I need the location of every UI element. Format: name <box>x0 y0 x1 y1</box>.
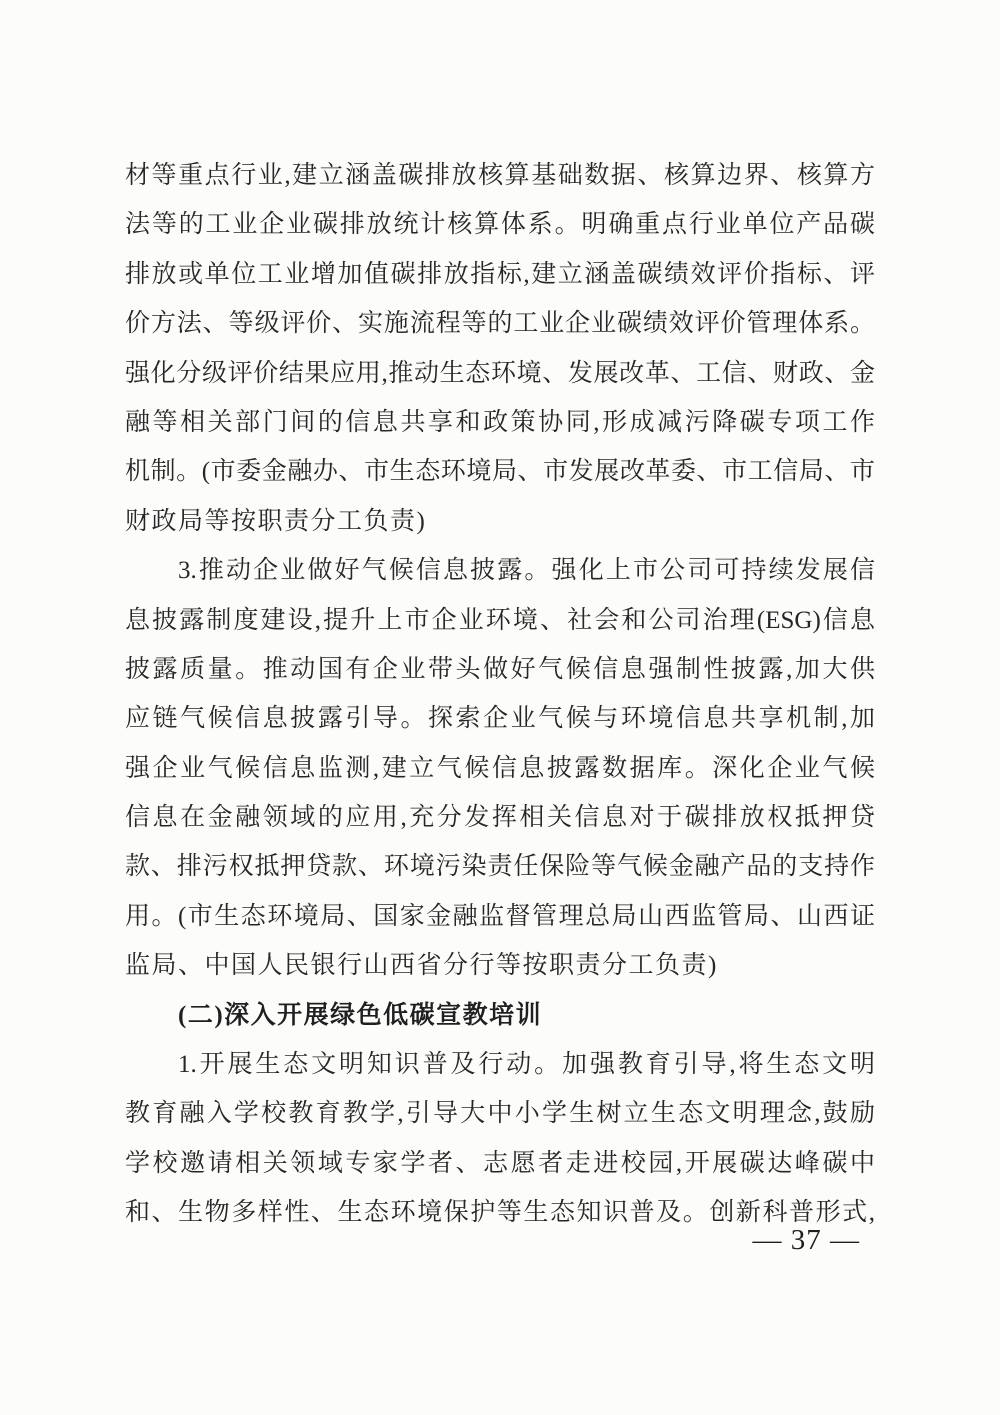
document-page: 材等重点行业,建立涵盖碳排放核算基础数据、核算边界、核算方 法等的工业企业碳排放… <box>0 0 1000 1415</box>
body-text-line: 用。(市生态环境局、国家金融监督管理总局山西监管局、山西证 <box>125 892 875 941</box>
section-heading: (二)深入开展绿色低碳宣教培训 <box>125 991 875 1040</box>
page-number: — 37 — <box>753 1224 861 1256</box>
body-text-line: 法等的工业企业碳排放统计核算体系。明确重点行业单位产品碳 <box>125 200 875 249</box>
body-text-line: 强化分级评价结果应用,推动生态环境、发展改革、工信、财政、金 <box>125 349 875 398</box>
paragraph-start-line: 3.推动企业做好气候信息披露。强化上市公司可持续发展信 <box>125 546 875 595</box>
body-text-line: 财政局等按职责分工负责) <box>125 497 875 546</box>
body-text-line: 学校邀请相关领域专家学者、志愿者走进校园,开展碳达峰碳中 <box>125 1139 875 1188</box>
body-text-line: 信息在金融领域的应用,充分发挥相关信息对于碳排放权抵押贷 <box>125 793 875 842</box>
body-text-line: 教育融入学校教育教学,引导大中小学生树立生态文明理念,鼓励 <box>125 1089 875 1138</box>
body-text-line: 款、排污权抵押贷款、环境污染责任保险等气候金融产品的支持作 <box>125 842 875 891</box>
body-text-line: 价方法、等级评价、实施流程等的工业企业碳绩效评价管理体系。 <box>125 299 875 348</box>
body-text-line: 应链气候信息披露引导。探索企业气候与环境信息共享机制,加 <box>125 694 875 743</box>
body-text-line: 强企业气候信息监测,建立气候信息披露数据库。深化企业气候 <box>125 744 875 793</box>
document-body: 材等重点行业,建立涵盖碳排放核算基础数据、核算边界、核算方 法等的工业企业碳排放… <box>125 151 875 1238</box>
body-text-line: 息披露制度建设,提升上市企业环境、社会和公司治理(ESG)信息 <box>125 596 875 645</box>
body-text-line: 排放或单位工业增加值碳排放指标,建立涵盖碳绩效评价指标、评 <box>125 250 875 299</box>
body-text-line: 材等重点行业,建立涵盖碳排放核算基础数据、核算边界、核算方 <box>125 151 875 200</box>
body-text-line: 机制。(市委金融办、市生态环境局、市发展改革委、市工信局、市 <box>125 447 875 496</box>
paragraph-start-line: 1.开展生态文明知识普及行动。加强教育引导,将生态文明 <box>125 1040 875 1089</box>
body-text-line: 监局、中国人民银行山西省分行等按职责分工负责) <box>125 941 875 990</box>
body-text-line: 融等相关部门间的信息共享和政策协同,形成减污降碳专项工作 <box>125 398 875 447</box>
body-text-line: 披露质量。推动国有企业带头做好气候信息强制性披露,加大供 <box>125 645 875 694</box>
